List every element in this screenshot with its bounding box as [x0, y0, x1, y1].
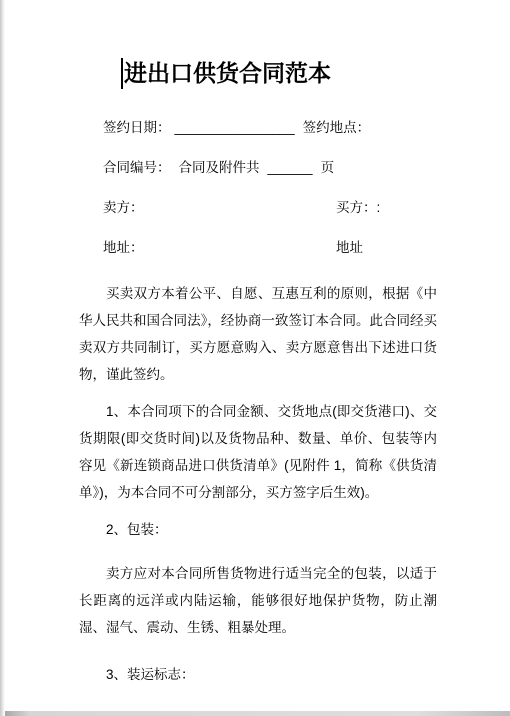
sign-date-blank[interactable]: ________________: [175, 120, 295, 135]
document-title-row: 进出口供货合同范本: [121, 56, 437, 90]
attachment-text: 合同及附件共: [179, 160, 260, 175]
pages-suffix: 页: [321, 160, 335, 175]
buyer-label: 买方：:: [336, 200, 380, 216]
paragraph-clause1[interactable]: 1、本合同项下的合同金额、交货地点(即交货港口)、交货期限(即交货时间)以及货物…: [79, 398, 437, 506]
contract-no-label: 合同编号：: [103, 160, 171, 175]
page-bottom-edge: [0, 711, 510, 716]
seller-address-label: 地址：: [103, 240, 144, 255]
paragraph-clause2-body[interactable]: 卖方应对本合同所售货物进行适当完全的包装，以适于长距离的远洋或内陆运输，能够很好…: [79, 560, 437, 641]
page-left-edge: [0, 0, 5, 716]
contract-no-row: 合同编号：合同及附件共______页: [103, 160, 437, 176]
sign-row: 签约日期：________________签约地点：: [103, 120, 437, 136]
document-page: 进出口供货合同范本 签约日期：________________签约地点： 合同编…: [0, 0, 510, 716]
document-content[interactable]: 进出口供货合同范本 签约日期：________________签约地点： 合同编…: [0, 0, 510, 683]
document-title[interactable]: 进出口供货合同范本: [124, 56, 331, 90]
text-cursor: [121, 58, 123, 89]
buyer-address-label: 地址: [336, 240, 363, 256]
clause3-heading[interactable]: 3、装运标志：: [79, 667, 437, 683]
pages-blank[interactable]: ______: [268, 160, 313, 175]
sign-place-label: 签约地点：: [303, 120, 371, 135]
address-row: 地址： 地址: [103, 240, 437, 256]
sign-date-label: 签约日期：: [103, 120, 171, 135]
seller-buyer-row: 卖方： 买方：:: [103, 200, 437, 216]
clause2-heading[interactable]: 2、包装：: [79, 522, 437, 538]
paragraph-preamble[interactable]: 买卖双方本着公平、自愿、互惠互利的原则，根据《中华人民共和国合同法》，经协商一致…: [79, 280, 437, 388]
seller-label: 卖方：: [103, 200, 144, 215]
